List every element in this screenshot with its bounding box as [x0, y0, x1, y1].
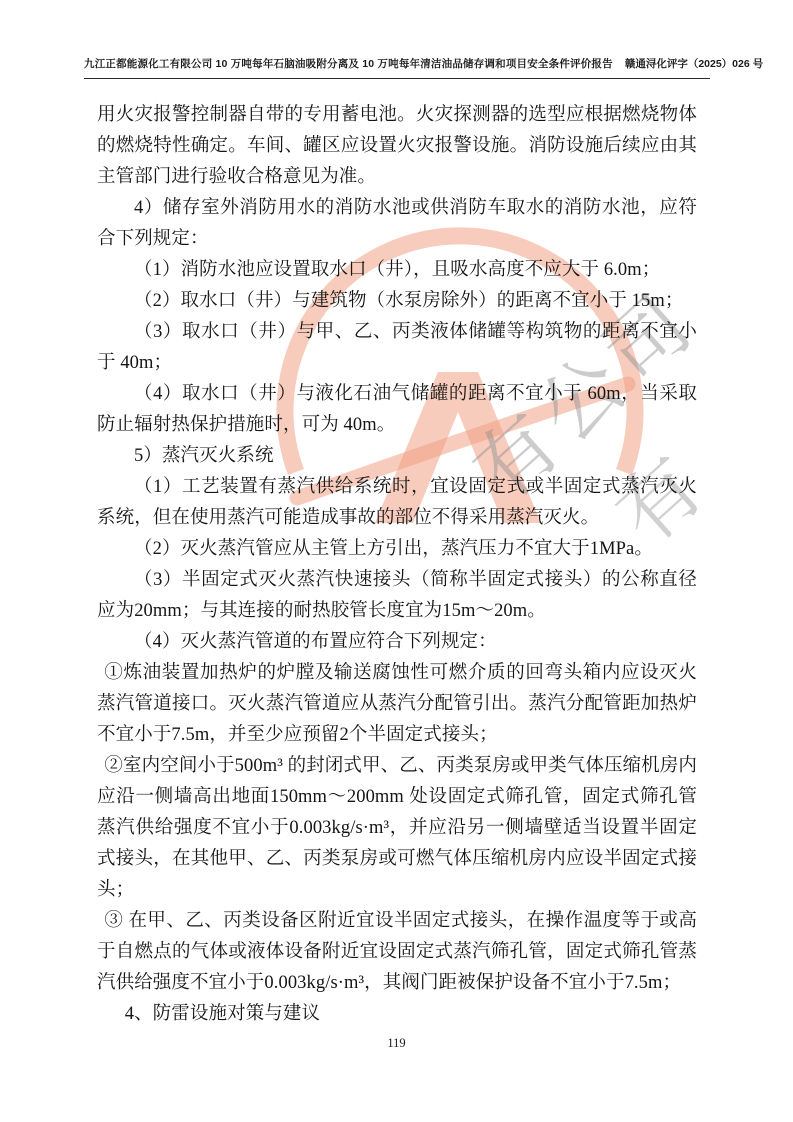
paragraph: 4）储存室外消防用水的消防水池或供消防车取水的消防水池，应符合下列规定： — [97, 193, 697, 255]
paragraph: （3）半固定式灭火蒸汽快速接头（简称半固定式接头）的公称直径应为20mm；与其连… — [97, 565, 697, 627]
header-report-title: 九江正都能源化工有限公司 10 万吨每年石脑油吸附分离及 10 万吨每年清洁油品… — [84, 56, 613, 71]
paragraph: ③ 在甲、乙、丙类设备区附近宜设半固定式接头，在操作温度等于或高于自燃点的气体或… — [97, 906, 697, 999]
page-header: 九江正都能源化工有限公司 10 万吨每年石脑油吸附分离及 10 万吨每年清洁油品… — [84, 56, 710, 79]
paragraph: ①炼油装置加热炉的炉膛及输送腐蚀性可燃介质的回弯头箱内应设灭火蒸汽管道接口。灭火… — [97, 658, 697, 751]
document-page: 有公司 有 九江正都能源化工有限公司 10 万吨每年石脑油吸附分离及 10 万吨… — [0, 0, 793, 1122]
paragraph: （3）取水口（井）与甲、乙、丙类液体储罐等构筑物的距离不宜小于 40m； — [97, 317, 697, 379]
document-body: 用火灾报警控制器自带的专用蓄电池。火灾探测器的选型应根据燃烧物体的燃烧特性确定。… — [97, 100, 697, 1030]
paragraph: （1）消防水池应设置取水口（井），且吸水高度不应大于 6.0m； — [97, 255, 697, 286]
paragraph: ②室内空间小于500m³ 的封闭式甲、乙、丙类泵房或甲类气体压缩机房内应沿一侧墙… — [97, 751, 697, 906]
paragraph: 4、防雷设施对策与建议 — [97, 999, 697, 1030]
paragraph: （2）灭火蒸汽管应从主管上方引出，蒸汽压力不宜大于1MPa。 — [97, 534, 697, 565]
paragraph: （4）灭火蒸汽管道的布置应符合下列规定： — [97, 627, 697, 658]
header-doc-number: 赣通浔化评字（2025）026 号 — [625, 56, 763, 71]
paragraph: 用火灾报警控制器自带的专用蓄电池。火灾探测器的选型应根据燃烧物体的燃烧特性确定。… — [97, 100, 697, 193]
paragraph: （2）取水口（井）与建筑物（水泵房除外）的距离不宜小于 15m； — [97, 286, 697, 317]
page-number: 119 — [387, 1036, 405, 1050]
paragraph: 5）蒸汽灭火系统 — [97, 441, 697, 472]
page-footer: 119 — [0, 1036, 793, 1051]
paragraph: （1）工艺装置有蒸汽供给系统时，宜设固定式或半固定式蒸汽灭火系统，但在使用蒸汽可… — [97, 472, 697, 534]
paragraph: （4）取水口（井）与液化石油气储罐的距离不宜小于 60m，当采取防止辐射热保护措… — [97, 379, 697, 441]
